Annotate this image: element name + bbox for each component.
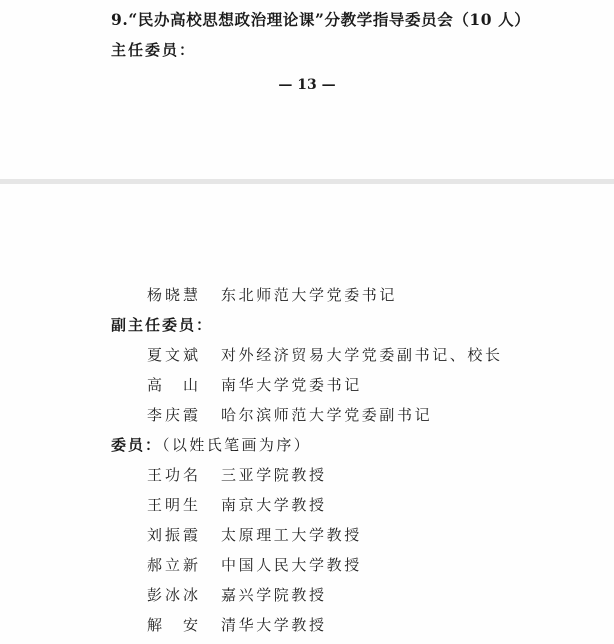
members-order-note: （以姓氏笔画为序） — [162, 436, 311, 454]
member-name: 王明生 — [147, 495, 201, 515]
member-affiliation: 哈尔滨师范大学党委副书记 — [221, 405, 432, 425]
member-affiliation: 东北师范大学党委书记 — [221, 285, 397, 305]
page-13: 9.“民办高校思想政治理论课”分教学指导委员会（10 人） 主任委员： — 13… — [0, 0, 614, 179]
members-heading-row: 委员：（以姓氏笔画为序） — [111, 435, 311, 455]
member-affiliation: 南京大学教授 — [221, 495, 327, 515]
member-name: 彭冰冰 — [147, 585, 201, 605]
member-affiliation: 中国人民大学教授 — [221, 555, 362, 575]
member-affiliation: 南华大学党委书记 — [221, 375, 362, 395]
member-name: 高 山 — [147, 375, 201, 395]
member-name: 郝立新 — [147, 555, 201, 575]
member-name: 解 安 — [147, 615, 201, 635]
deputy-heading: 副主任委员： — [111, 315, 213, 335]
member-affiliation: 对外经济贸易大学党委副书记、校长 — [221, 345, 503, 365]
member-affiliation: 嘉兴学院教授 — [221, 585, 327, 605]
member-affiliation: 三亚学院教授 — [221, 465, 327, 485]
section-title: 9.“民办高校思想政治理论课”分教学指导委员会（10 人） — [111, 10, 530, 30]
member-name: 杨晓慧 — [147, 285, 201, 305]
page-number: — 13 — — [0, 75, 614, 95]
member-name: 王功名 — [147, 465, 201, 485]
member-affiliation: 太原理工大学教授 — [221, 525, 362, 545]
member-name: 夏文斌 — [147, 345, 201, 365]
page-14[interactable]: 杨晓慧 东北师范大学党委书记 副主任委员： 夏文斌 对外经济贸易大学党委副书记、… — [0, 184, 614, 644]
member-name: 刘振霞 — [147, 525, 201, 545]
director-heading: 主任委员： — [111, 40, 196, 60]
member-name: 李庆霞 — [147, 405, 201, 425]
members-heading: 委员： — [111, 436, 162, 454]
member-affiliation: 清华大学教授 — [221, 615, 327, 635]
